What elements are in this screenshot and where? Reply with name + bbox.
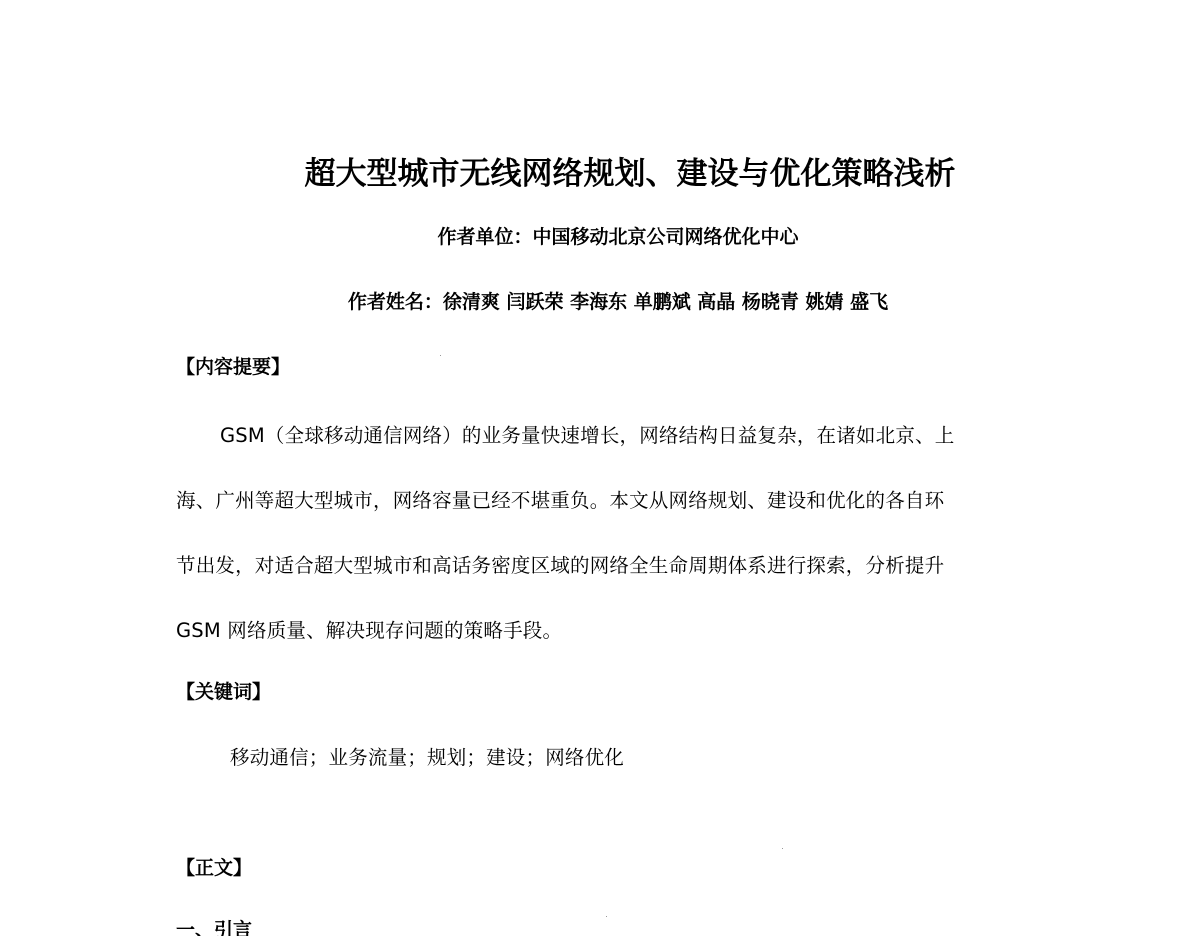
- abstract-line-4: GSM 网络质量、解决现存问题的策略手段。: [176, 615, 562, 643]
- abstract-line-2: 海、广州等超大型城市，网络容量已经不堪重负。本文从网络规划、建设和优化的各自环: [176, 485, 944, 513]
- author-names: 作者姓名：徐清爽 闫跃荣 李海东 单鹏斌 高晶 杨晓青 姚婧 盛飞: [0, 287, 1200, 314]
- abstract-heading: 【内容提要】: [176, 352, 290, 379]
- keywords-heading: 【关键词】: [176, 677, 271, 704]
- scan-speck: [782, 848, 783, 849]
- document-title: 超大型城市无线网络规划、建设与优化策略浅析: [0, 148, 1200, 193]
- scan-speck: [440, 355, 441, 356]
- abstract-line-1: GSM（全球移动通信网络）的业务量快速增长，网络结构日益复杂，在诸如北京、上: [220, 420, 954, 448]
- scan-speck: [606, 916, 607, 917]
- author-unit: 作者单位：中国移动北京公司网络优化中心: [0, 222, 1200, 249]
- abstract-line-3: 节出发，对适合超大型城市和高话务密度区域的网络全生命周期体系进行探索，分析提升: [176, 550, 944, 578]
- body-heading: 【正文】: [176, 853, 252, 880]
- keywords-text: 移动通信；业务流量；规划；建设；网络优化: [230, 742, 624, 770]
- section-1-heading: 一、引言: [176, 915, 252, 936]
